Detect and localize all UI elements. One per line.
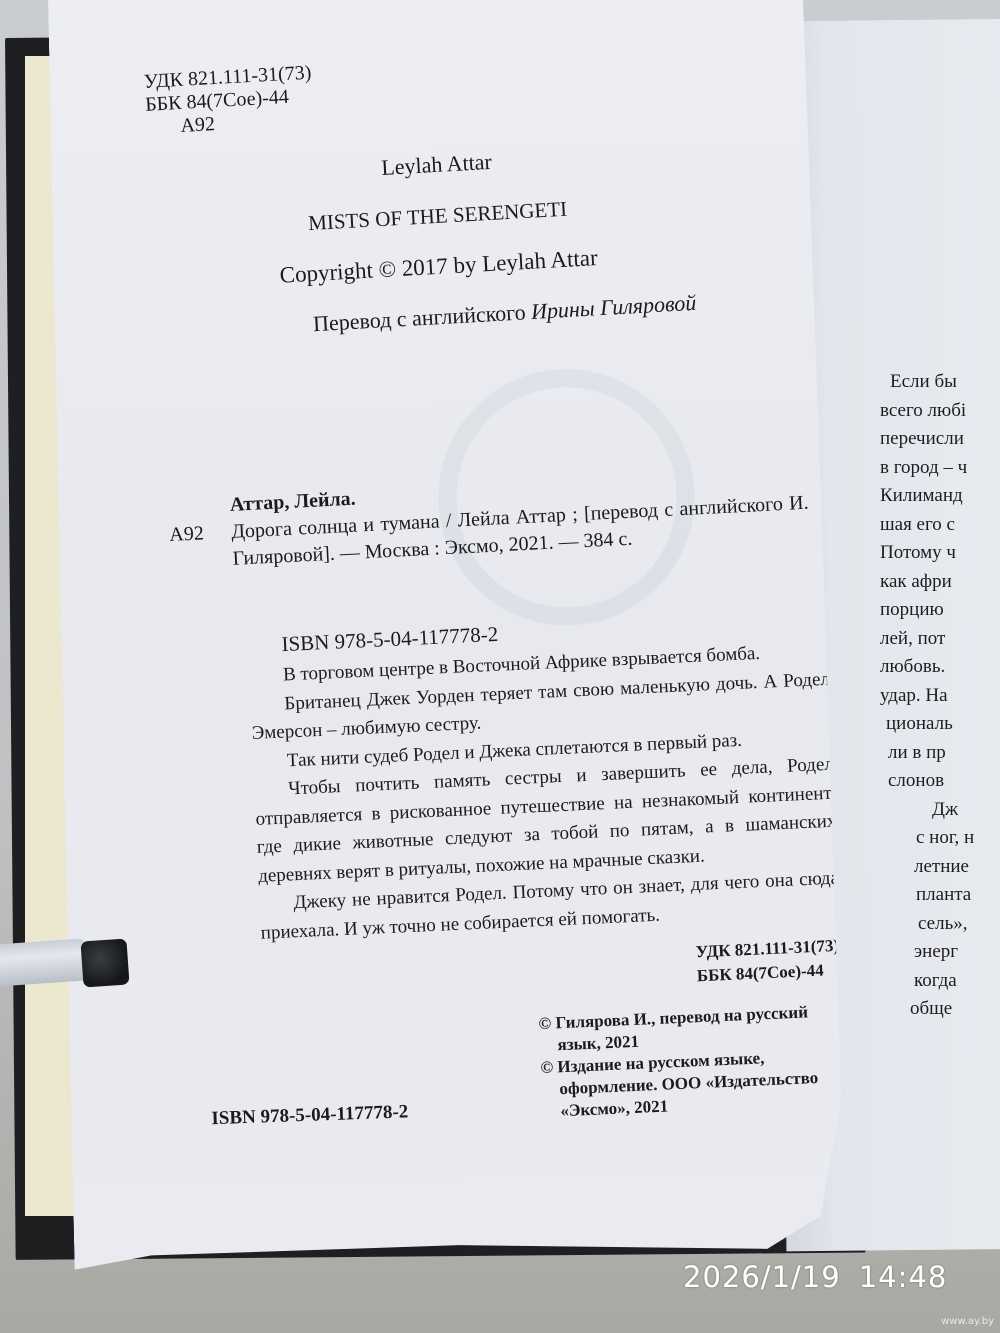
right-page-line: энерг — [880, 938, 974, 967]
record-code: А92 — [169, 519, 234, 576]
right-page-line: сель», — [880, 910, 974, 939]
right-page-line: когда — [880, 967, 974, 996]
right-page-line: как афри — [880, 568, 974, 597]
bbk-code-bottom: ББК 84(7Сое)-44 — [696, 958, 840, 988]
right-page-line: Килиманд — [880, 482, 974, 511]
rights-notice: © Гилярова И., перевод на русский язык, … — [538, 1001, 820, 1123]
original-copyright: Copyright © 2017 by Leylah Attar — [203, 241, 674, 293]
stamp-time: 14:48 — [859, 1260, 948, 1294]
right-page-line: планта — [880, 881, 974, 910]
translation-credit: Перевод с английского Ирины Гиляровой — [234, 285, 775, 341]
right-page-line: любовь. — [880, 653, 974, 682]
left-page: УДК 821.111-31(73) ББК 84(7Сое)-44 А92 L… — [48, 0, 844, 1270]
right-page-line: Если бы — [880, 368, 974, 397]
isbn-middle: ISBN 978-5-04-117778-2 — [281, 622, 499, 657]
right-page-line: летние — [880, 853, 974, 882]
right-page-line: лей, пот — [880, 625, 974, 654]
classification-top: УДК 821.111-31(73) ББК 84(7Сое)-44 А92 — [143, 62, 314, 140]
right-page-line: с ног, н — [880, 824, 974, 853]
photo-timestamp: 2026/1/1914:48 — [683, 1260, 947, 1294]
right-page-line: в город – ч — [880, 454, 974, 483]
right-page-line: порцию — [880, 596, 974, 625]
right-page-line: всего любі — [880, 397, 974, 426]
right-page-line: перечисли — [880, 425, 974, 454]
right-page-line: слонов — [880, 767, 974, 796]
right-page-line: циональ — [880, 710, 974, 739]
original-title: MISTS OF THE SERENGETI — [202, 191, 673, 242]
original-author: Leylah Attar — [201, 139, 672, 191]
right-page-line: обще — [880, 995, 974, 1024]
isbn-bottom: ISBN 978-5-04-117778-2 — [211, 1101, 409, 1130]
stamp-date: 2026/1/19 — [683, 1260, 841, 1294]
pen-cap — [80, 938, 129, 987]
translation-prefix: Перевод с английского — [312, 299, 526, 336]
right-page-line: Потому ч — [880, 539, 974, 568]
classification-bottom: УДК 821.111-31(73) ББК 84(7Сое)-44 — [695, 934, 840, 988]
right-page-line: удар. На — [880, 682, 974, 711]
bibliographic-record: Аттар, Лейла. А92 Дорога солнца и тумана… — [167, 463, 810, 576]
right-page-text: Если бывсего любіперечислив город – чКил… — [880, 368, 974, 1024]
translator-name: Ирины Гиляровой — [530, 290, 697, 324]
pen-body — [0, 938, 86, 987]
right-page-line: ли в пр — [880, 739, 974, 768]
right-page-line: Дж — [880, 796, 974, 825]
watermark: www.ay.by — [941, 1316, 994, 1327]
annotation: В торговом центре в Восточной Африке взр… — [249, 637, 841, 948]
right-page-line: шая его с — [880, 511, 974, 540]
